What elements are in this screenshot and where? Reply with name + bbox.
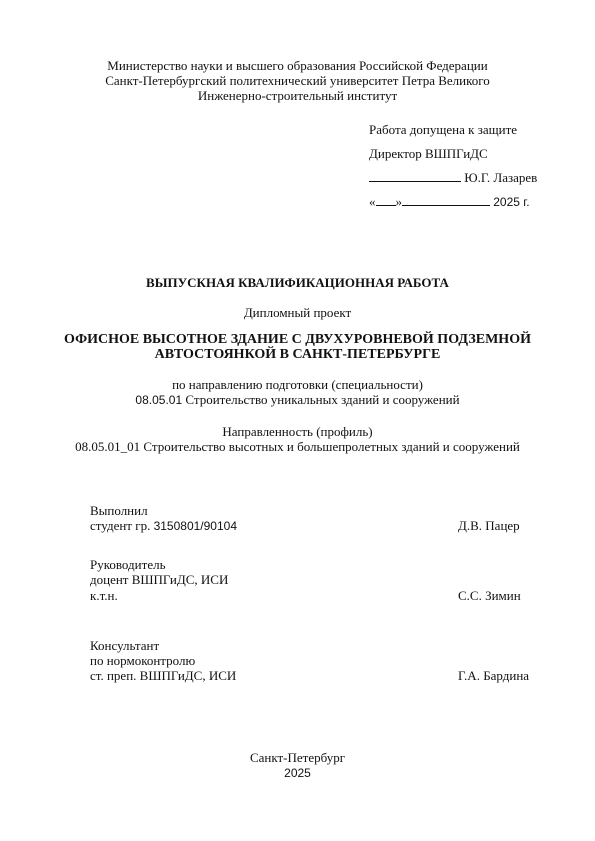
performer-group: студент гр. 3150801/90104	[90, 518, 237, 534]
performer-group-number: 3150801/90104	[154, 519, 237, 533]
work-type-heading: ВЫПУСКНАЯ КВАЛИФИКАЦИОННАЯ РАБОТА	[0, 275, 595, 291]
consultant-position: ст. преп. ВШПГиДС, ИСИ	[90, 668, 236, 683]
performer-role: Выполнил	[90, 503, 148, 518]
profile-label: Направленность (профиль)	[0, 424, 595, 439]
approval-position: Директор ВШПГиДС	[369, 146, 488, 162]
consultant-area: по нормоконтролю	[90, 653, 195, 668]
university-name: Санкт-Петербургский политехнический унив…	[0, 73, 595, 88]
approval-signature-line: Ю.Г. Лазарев	[369, 170, 537, 186]
supervisor-name: С.С. Зимин	[458, 588, 521, 603]
supervisor-role: Руководитель	[90, 557, 166, 572]
footer-city: Санкт-Петербург	[0, 750, 595, 765]
performer-group-prefix: студент гр.	[90, 518, 154, 533]
consultant-role: Консультант	[90, 638, 159, 653]
institute-name: Инженерно-строительный институт	[0, 88, 595, 103]
direction-code: 08.05.01	[135, 393, 182, 407]
performer-name: Д.В. Пацер	[458, 518, 520, 533]
ministry-name: Министерство науки и высшего образования…	[0, 58, 595, 73]
direction-name: Строительство уникальных зданий и сооруж…	[182, 392, 459, 407]
approval-admitted: Работа допущена к защите	[369, 122, 517, 138]
supervisor-degree: к.т.н.	[90, 588, 118, 603]
thesis-title-line2: АВТОСТОЯНКОЙ В САНКТ-ПЕТЕРБУРГЕ	[0, 347, 595, 362]
approval-signatory: Ю.Г. Лазарев	[464, 170, 537, 185]
footer-year: 2025	[0, 766, 595, 781]
project-type: Дипломный проект	[0, 305, 595, 321]
day-blank	[376, 195, 396, 206]
month-blank	[402, 195, 490, 206]
consultant-name: Г.А. Бардина	[458, 668, 529, 683]
direction-label: по направлению подготовки (специальности…	[0, 377, 595, 392]
approval-date-line: «» 2025 г.	[369, 194, 530, 210]
direction-line: 08.05.01 Строительство уникальных зданий…	[0, 392, 595, 408]
signature-blank	[369, 171, 461, 182]
thesis-title-line1: ОФИСНОЕ ВЫСОТНОЕ ЗДАНИЕ С ДВУХУРОВНЕВОЙ …	[0, 332, 595, 347]
approval-year: 2025 г.	[493, 195, 529, 209]
profile-value: 08.05.01_01 Строительство высотных и бол…	[0, 439, 595, 454]
supervisor-position: доцент ВШПГиДС, ИСИ	[90, 572, 228, 587]
